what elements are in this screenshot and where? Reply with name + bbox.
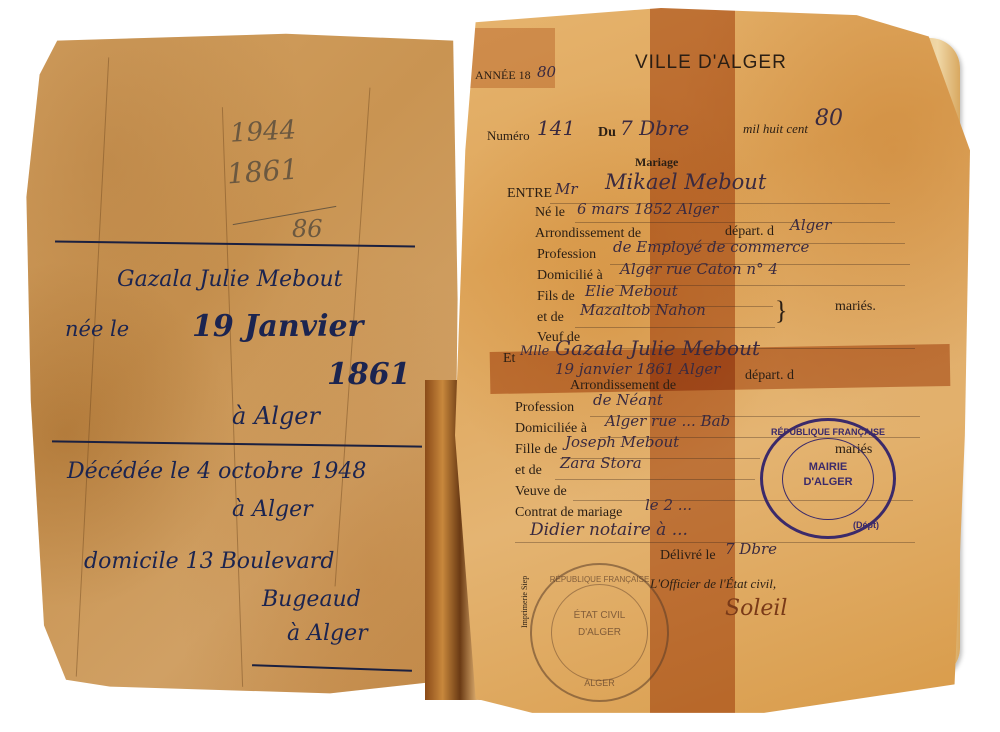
officer-signature: Soleil bbox=[725, 596, 787, 621]
bride-nee-value: 19 janvier 1861 Alger bbox=[555, 360, 720, 378]
stamp-inner-line-1: ÉTAT CIVIL bbox=[532, 610, 667, 621]
pencil-note-3: 86 bbox=[292, 215, 323, 243]
paper-crack bbox=[222, 107, 243, 687]
pencil-note-2: 1861 bbox=[226, 153, 299, 191]
bride-profession-value: de Néant bbox=[593, 391, 663, 409]
du-value: 7 Dbre bbox=[620, 116, 689, 140]
header-title: VILLE D'ALGER bbox=[635, 52, 787, 74]
bride-mere-value: Zara Stora bbox=[560, 454, 642, 472]
groom-name: Mikael Mebout bbox=[605, 170, 766, 194]
du-label: Du bbox=[598, 125, 616, 141]
maries-label: mariés. bbox=[835, 299, 876, 315]
paper-crack bbox=[76, 57, 109, 676]
fille-label: Fille de bbox=[515, 442, 557, 458]
ne-label: Né le bbox=[535, 205, 565, 221]
header-year-hand: 80 bbox=[537, 63, 556, 81]
stamp-etat-civil: RÉPUBLIQUE FRANÇAISE ÉTAT CIVIL D'ALGER … bbox=[530, 563, 669, 702]
veuve-label: Veuve de bbox=[515, 484, 567, 500]
form-line bbox=[555, 479, 755, 480]
fils-label: Fils de bbox=[537, 289, 575, 305]
entre-label: ENTRE bbox=[507, 186, 552, 202]
profession-value: de Employé de commerce bbox=[613, 238, 809, 256]
bride-name: Gazala Julie Mebout bbox=[555, 336, 760, 360]
numero-label: Numéro bbox=[487, 128, 530, 144]
birth-place: à Alger bbox=[232, 402, 320, 430]
brace: } bbox=[775, 296, 787, 326]
stamp-mairie-alger: RÉPUBLIQUE FRANÇAISE MAIRIE D'ALGER (Dép… bbox=[760, 418, 896, 539]
stamp-inner-line-1: MAIRIE bbox=[763, 461, 893, 473]
mere-value: Mazaltob Nahon bbox=[580, 301, 706, 319]
side-printer-text: Imprimerie Siep bbox=[520, 576, 529, 628]
birth-year: 1861 bbox=[327, 357, 411, 392]
right-page-certificate: ANNÉE 18 80 VILLE D'ALGER Numéro 141 Du … bbox=[455, 8, 970, 720]
delivre-value: 7 Dbre bbox=[725, 540, 777, 558]
death-line: Décédée le 4 octobre 1948 bbox=[67, 459, 366, 484]
stamp-inner-line-2: D'ALGER bbox=[763, 476, 893, 488]
form-line bbox=[575, 222, 895, 223]
death-place: à Alger bbox=[232, 497, 313, 522]
mil-label: mil huit cent bbox=[743, 121, 808, 137]
et-label: Et bbox=[503, 351, 515, 367]
birth-prefix: née le bbox=[65, 317, 129, 341]
closing-line bbox=[252, 664, 412, 671]
stamp-bottom-text: (Dépt) bbox=[853, 520, 879, 530]
pencil-note-1: 1944 bbox=[229, 115, 297, 148]
header-annee: ANNÉE 18 bbox=[475, 68, 531, 83]
mil-value: 80 bbox=[815, 106, 843, 131]
stamp-bottom-text: ALGER bbox=[532, 678, 667, 688]
domicile-line-1: domicile 13 Boulevard bbox=[84, 549, 334, 574]
left-page-card: 1944 1861 86 Gazala Julie Mebout née le … bbox=[22, 27, 462, 707]
depart-value: Alger bbox=[790, 216, 831, 234]
fils-value: Elie Mebout bbox=[585, 282, 678, 300]
bride-depart-label: départ. d bbox=[745, 368, 794, 384]
section-title: Mariage bbox=[635, 155, 678, 170]
delivre-label: Délivré le bbox=[660, 548, 716, 564]
domicile-value: Alger rue Caton n° 4 bbox=[620, 260, 778, 278]
profession-label: Profession bbox=[537, 247, 596, 263]
bride-domicile-value: Alger rue ... Bab bbox=[605, 412, 730, 430]
stamp-inner-line-2: D'ALGER bbox=[532, 627, 667, 638]
domicile-line-3: à Alger bbox=[287, 621, 368, 646]
mere-label: et de bbox=[537, 310, 564, 326]
contrat-line-2: Didier notaire à ... bbox=[530, 520, 688, 540]
divider-line bbox=[55, 240, 415, 247]
stamp-outer-text: RÉPUBLIQUE FRANÇAISE bbox=[763, 427, 893, 437]
contrat-label: Contrat de mariage bbox=[515, 505, 622, 521]
groom-title: Mr bbox=[555, 180, 578, 198]
fille-value: Joseph Mebout bbox=[565, 433, 679, 451]
domicile-line-2: Bugeaud bbox=[262, 587, 361, 612]
contrat-value: le 2 ... bbox=[645, 496, 692, 514]
stamp-outer-text: RÉPUBLIQUE FRANÇAISE bbox=[532, 575, 667, 584]
divider-line bbox=[52, 440, 422, 447]
form-line bbox=[575, 327, 775, 328]
ne-value: 6 mars 1852 Alger bbox=[577, 200, 718, 218]
bride-title: Mlle bbox=[520, 344, 549, 359]
officier-label: L'Officier de l'État civil, bbox=[650, 576, 776, 592]
form-line bbox=[515, 542, 915, 543]
bride-mere-label: et de bbox=[515, 463, 542, 479]
numero-value: 141 bbox=[537, 116, 575, 140]
person-name: Gazala Julie Mebout bbox=[117, 267, 343, 292]
bride-profession-label: Profession bbox=[515, 400, 574, 416]
birth-day-month: 19 Janvier bbox=[192, 309, 363, 344]
